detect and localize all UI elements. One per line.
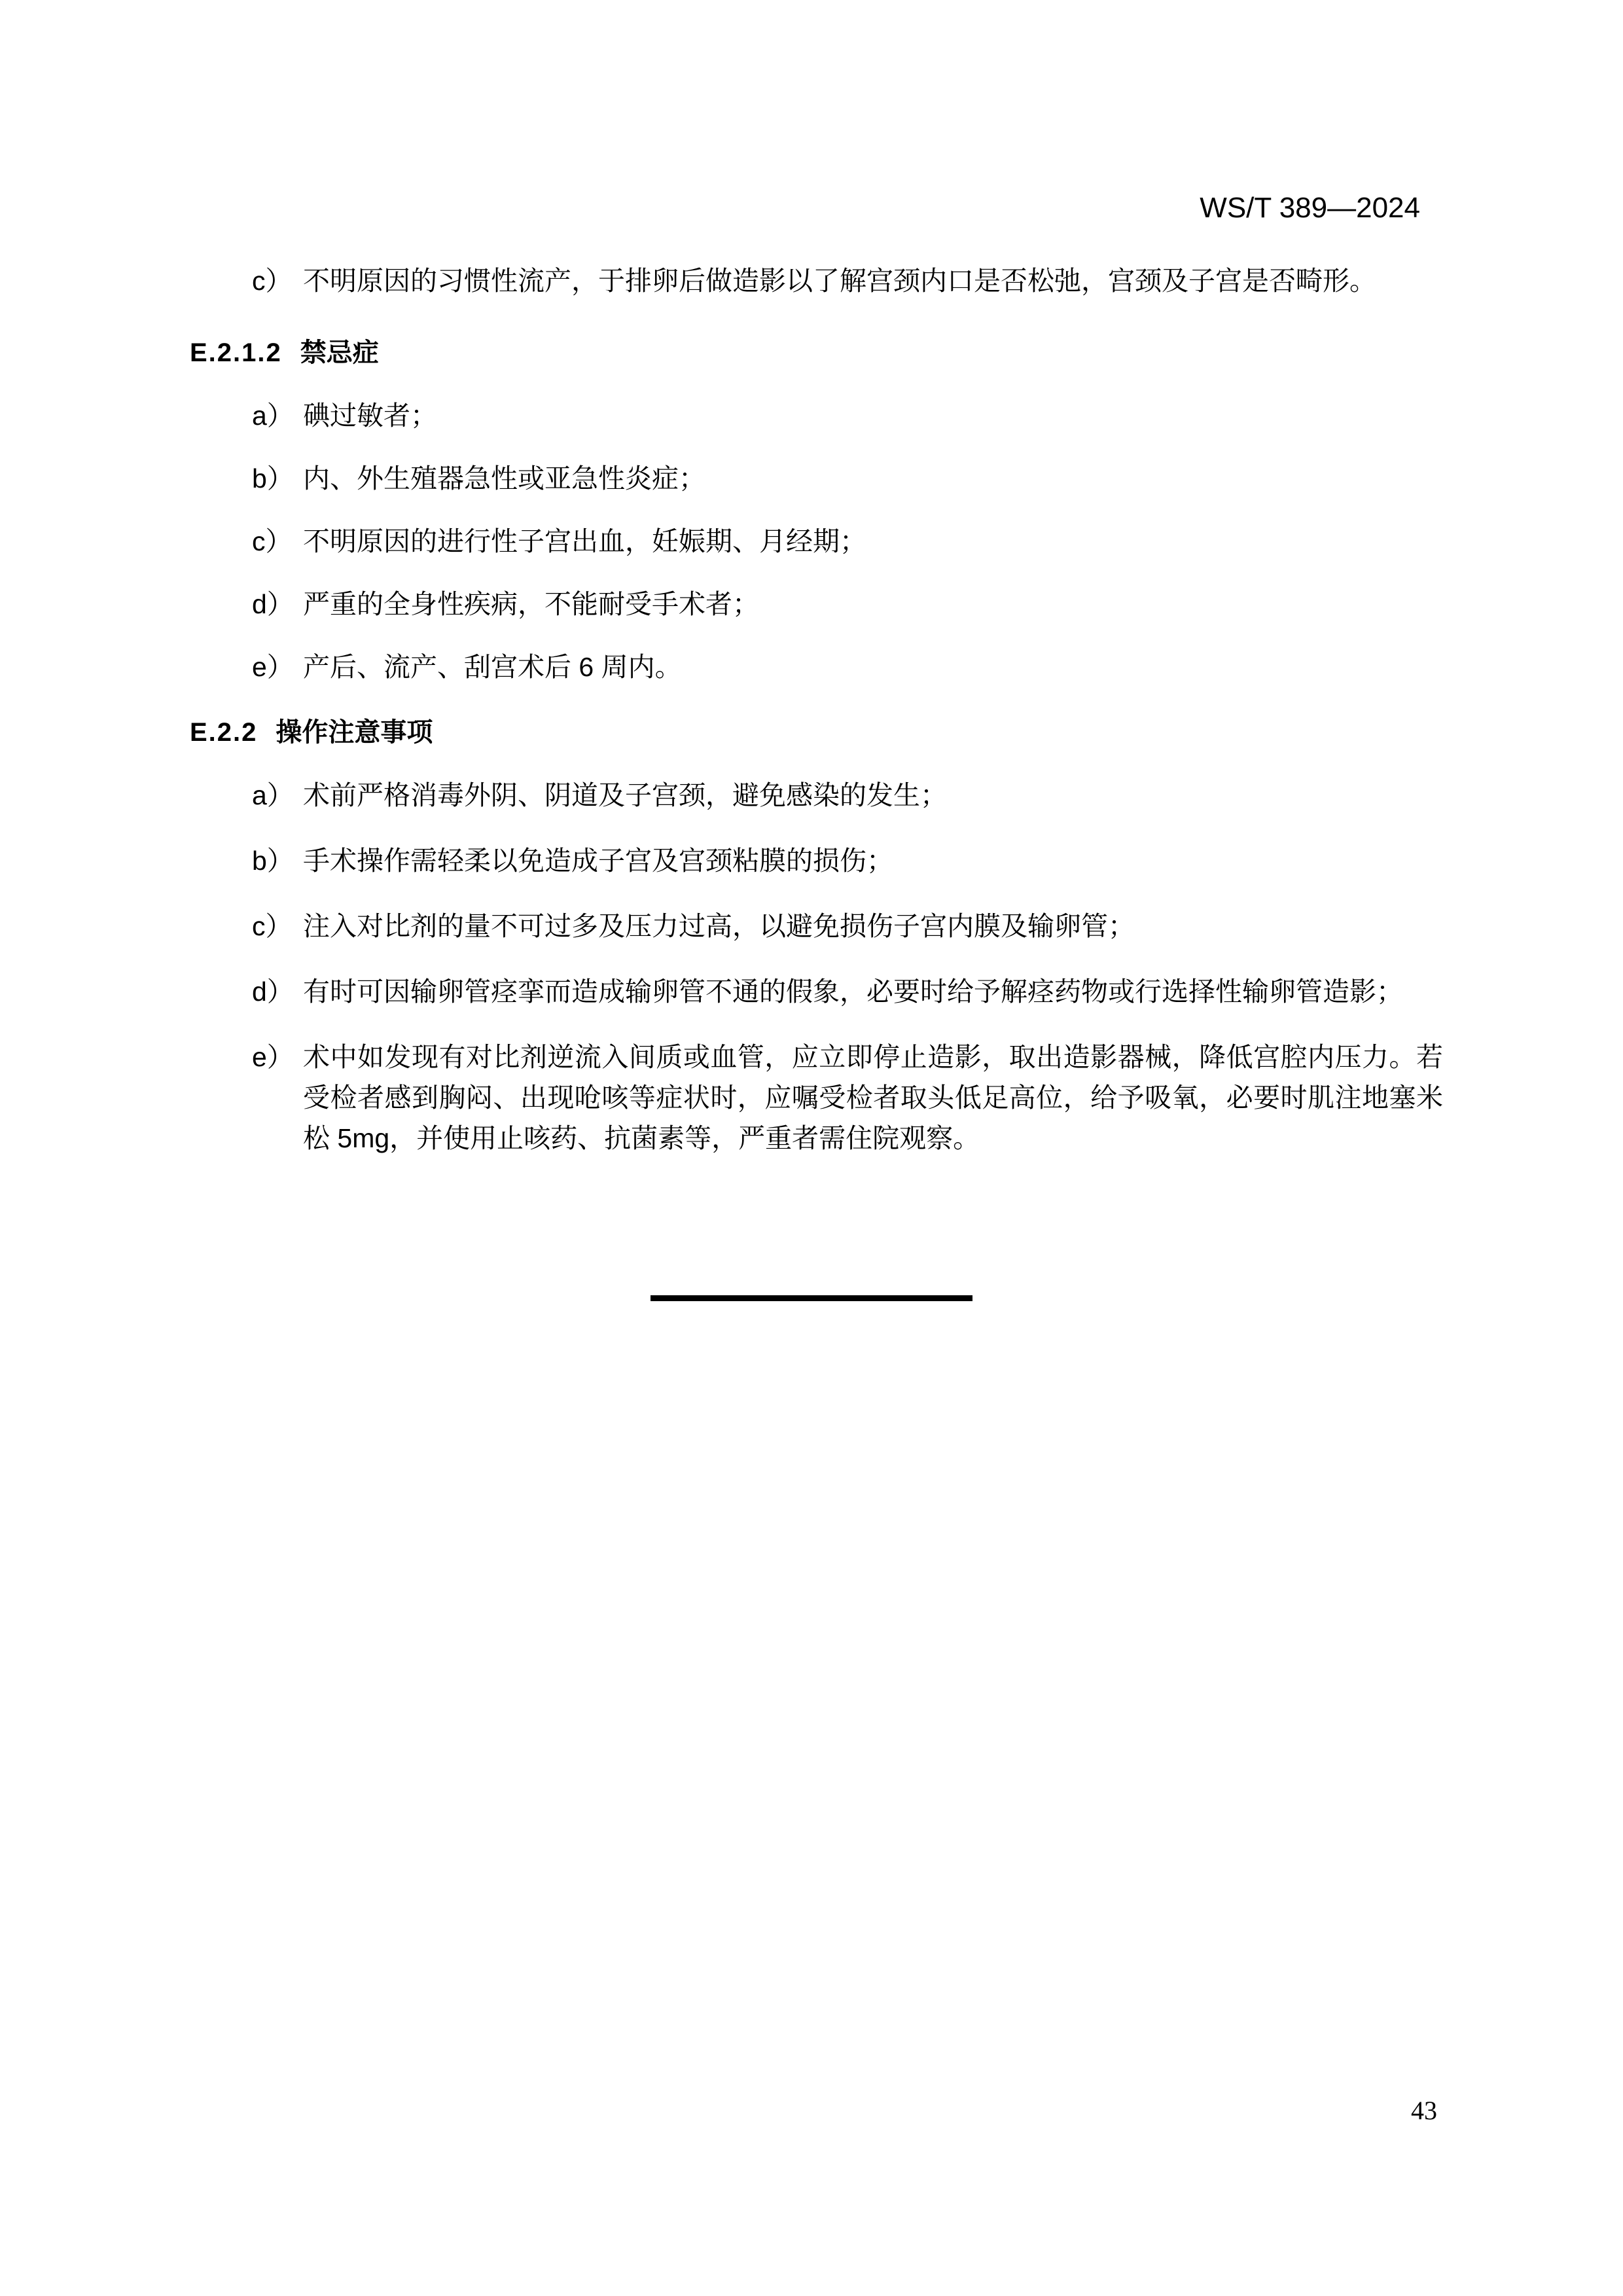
section-heading-contraindications: E.2.1.2禁忌症 xyxy=(190,332,1443,373)
document-page: WS/T 389—2024 c） 不明原因的习惯性流产，于排卵后做造影以了解宫颈… xyxy=(0,0,1623,2296)
list-item-marker: b） xyxy=(252,840,303,881)
list-item-marker: b） xyxy=(252,458,303,499)
list-item-text: 不明原因的习惯性流产，于排卵后做造影以了解宫颈内口是否松弛，宫颈及子宫是否畸形。 xyxy=(303,260,1443,301)
section-number: E.2.1.2 xyxy=(190,338,282,367)
list-item: a） 碘过敏者； xyxy=(252,395,1443,436)
section-heading-precautions: E.2.2操作注意事项 xyxy=(190,712,1443,753)
list-item: b） 手术操作需轻柔以免造成子宫及宫颈粘膜的损伤； xyxy=(252,840,1443,881)
list-item-text: 碘过敏者； xyxy=(303,395,1443,436)
list-item-marker: d） xyxy=(252,971,303,1012)
list-item: d） 有时可因输卵管痉挛而造成输卵管不通的假象，必要时给予解痉药物或行选择性输卵… xyxy=(252,971,1443,1012)
list-item-marker: e） xyxy=(252,647,303,687)
list-item-text: 产后、流产、刮宫术后 6 周内。 xyxy=(303,647,1443,687)
section-title: 禁忌症 xyxy=(300,338,379,367)
list-item-text: 不明原因的进行性子宫出血，妊娠期、月经期； xyxy=(303,521,1443,562)
end-of-text-rule-container xyxy=(0,1295,1623,1301)
page-content: c） 不明原因的习惯性流产，于排卵后做造影以了解宫颈内口是否松弛，宫颈及子宫是否… xyxy=(0,260,1443,1158)
list-item-text: 注入对比剂的量不可过多及压力过高，以避免损伤子宫内膜及输卵管； xyxy=(303,906,1443,946)
list-item-marker: e） xyxy=(252,1037,303,1158)
list-item: e） 产后、流产、刮宫术后 6 周内。 xyxy=(252,647,1443,687)
end-of-text-rule xyxy=(651,1295,972,1301)
list-item-marker: c） xyxy=(252,521,303,562)
list-item-text: 术前严格消毒外阴、阴道及子宫颈，避免感染的发生； xyxy=(303,775,1443,816)
list-item-marker: c） xyxy=(252,906,303,946)
list-item-text: 内、外生殖器急性或亚急性炎症； xyxy=(303,458,1443,499)
list-item-text: 术中如发现有对比剂逆流入间质或血管，应立即停止造影，取出造影器械，降低宫腔内压力… xyxy=(303,1037,1443,1158)
list-item-marker: d） xyxy=(252,584,303,624)
list-item-marker: a） xyxy=(252,395,303,436)
list-item-text: 手术操作需轻柔以免造成子宫及宫颈粘膜的损伤； xyxy=(303,840,1443,881)
list-item: c） 注入对比剂的量不可过多及压力过高，以避免损伤子宫内膜及输卵管； xyxy=(252,906,1443,946)
list-item: e） 术中如发现有对比剂逆流入间质或血管，应立即停止造影，取出造影器械，降低宫腔… xyxy=(252,1037,1443,1158)
list-item: d） 严重的全身性疾病，不能耐受手术者； xyxy=(252,584,1443,624)
list-item: c） 不明原因的进行性子宫出血，妊娠期、月经期； xyxy=(252,521,1443,562)
list-item-text: 严重的全身性疾病，不能耐受手术者； xyxy=(303,584,1443,624)
list-item-marker: a） xyxy=(252,775,303,816)
list-item-text: 有时可因输卵管痉挛而造成输卵管不通的假象，必要时给予解痉药物或行选择性输卵管造影… xyxy=(303,971,1443,1012)
section-number: E.2.2 xyxy=(190,718,257,747)
section-title: 操作注意事项 xyxy=(276,718,433,747)
list-item: c） 不明原因的习惯性流产，于排卵后做造影以了解宫颈内口是否松弛，宫颈及子宫是否… xyxy=(252,260,1443,301)
doc-code-header: WS/T 389—2024 xyxy=(1200,194,1420,223)
list-item: b） 内、外生殖器急性或亚急性炎症； xyxy=(252,458,1443,499)
list-item: a） 术前严格消毒外阴、阴道及子宫颈，避免感染的发生； xyxy=(252,775,1443,816)
page-number: 43 xyxy=(1411,2098,1437,2124)
list-item-marker: c） xyxy=(252,260,303,301)
